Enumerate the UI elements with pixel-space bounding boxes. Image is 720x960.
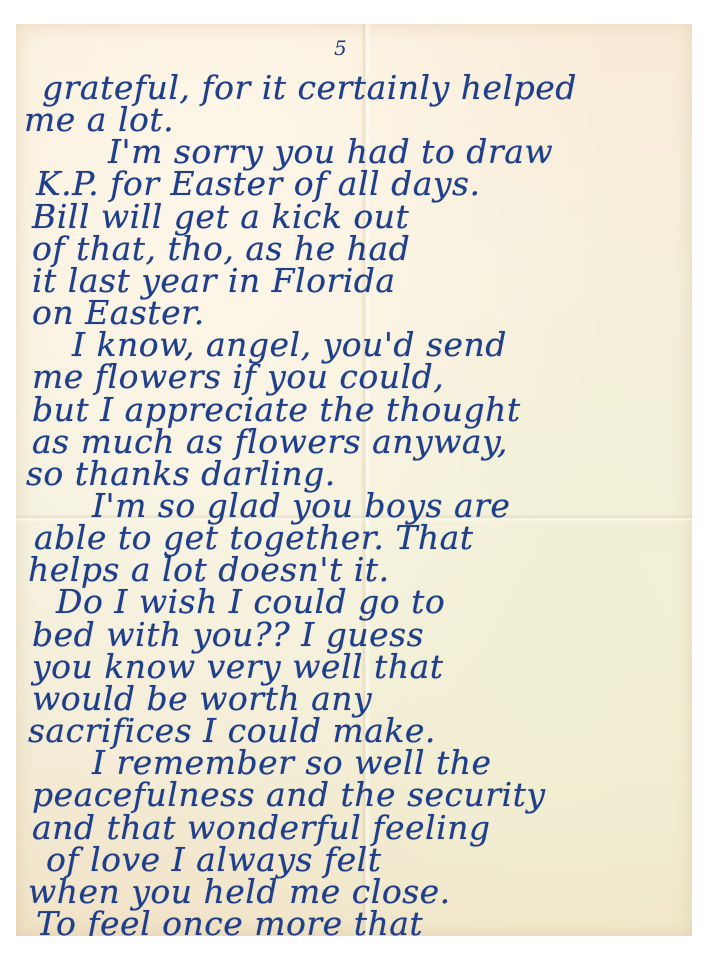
letter-page: 5 grateful, for it certainly helped me a… — [16, 24, 692, 936]
letter-line: To feel once more that — [36, 904, 423, 936]
page-number: 5 — [334, 36, 347, 60]
